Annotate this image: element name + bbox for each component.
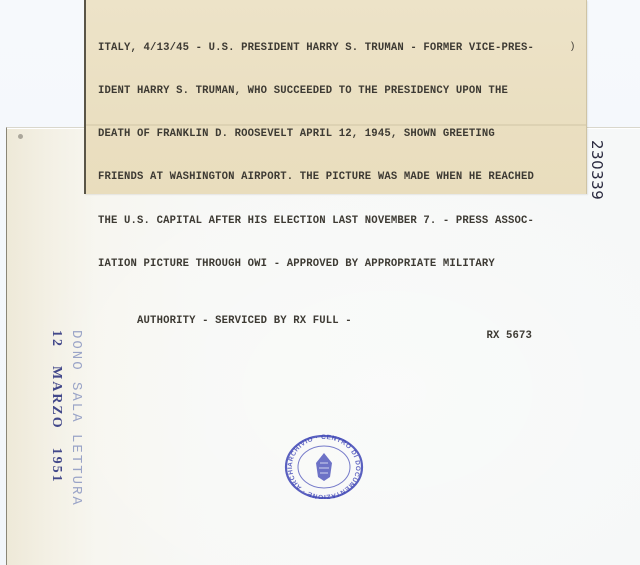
stamp-date-month: MARZO [49, 366, 64, 430]
seal-icon: ARCHIVIO · CENTRO DI DOCUMENTAZIONE · AR… [282, 433, 366, 499]
caption-line: THE U.S. CAPITAL AFTER HIS ELECTION LAST… [98, 214, 568, 228]
caption-line-last: AUTHORITY - SERVICED BY RX FULL - RX 567… [98, 300, 568, 314]
stamp-donor-text: DONO SALA LETTURA [66, 330, 86, 530]
caption-text: ITALY, 4/13/45 - U.S. PRESIDENT HARRY S.… [98, 12, 568, 343]
caption-slip: ITALY, 4/13/45 - U.S. PRESIDENT HARRY S.… [84, 0, 587, 194]
stray-ink-mark: ) [571, 41, 574, 52]
stamp-date-year: 1951 [49, 448, 64, 484]
caption-reference-number: RX 5673 [486, 329, 532, 343]
pin-hole-mark [18, 134, 23, 139]
caption-line: IATION PICTURE THROUGH OWI - APPROVED BY… [98, 257, 568, 271]
caption-line: AUTHORITY - SERVICED BY RX FULL - [137, 315, 352, 327]
caption-line: FRIENDS AT WASHINGTON AIRPORT. THE PICTU… [98, 170, 568, 184]
stamp-date: 12MARZO1951 [46, 330, 66, 530]
caption-line: DEATH OF FRANKLIN D. ROOSEVELT APRIL 12,… [98, 127, 568, 141]
stamp-date-day: 12 [49, 330, 64, 348]
circular-archive-seal: ARCHIVIO · CENTRO DI DOCUMENTAZIONE · AR… [282, 433, 366, 499]
handwritten-inventory-number: 230339 [588, 140, 606, 200]
caption-line: IDENT HARRY S. TRUMAN, WHO SUCCEEDED TO … [98, 84, 568, 98]
caption-line: ITALY, 4/13/45 - U.S. PRESIDENT HARRY S.… [98, 41, 568, 55]
archive-donation-stamp: DONO SALA LETTURA 12MARZO1951 [46, 330, 86, 530]
